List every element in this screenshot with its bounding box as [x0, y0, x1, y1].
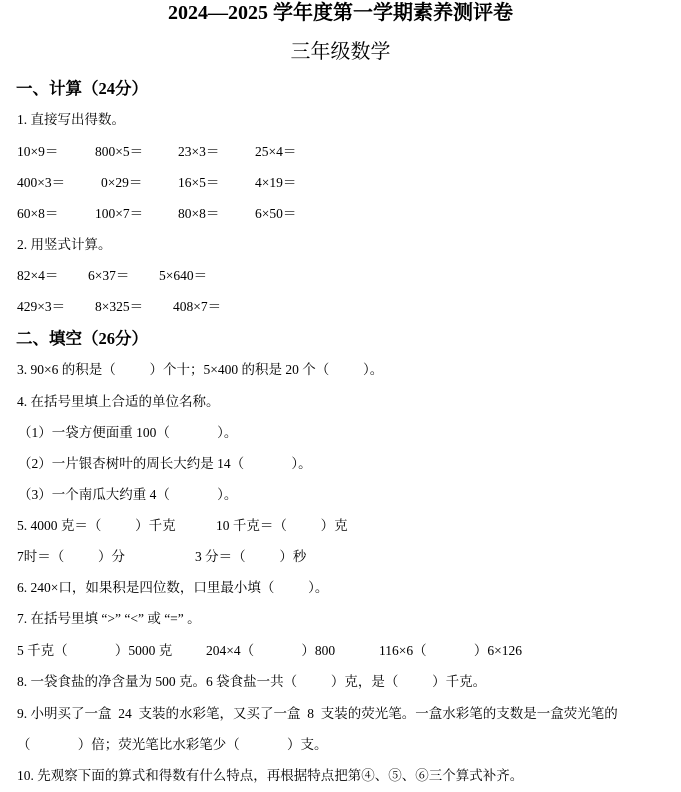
- question-4-item: （2）一片银杏树叶的周长大约是 14（ ）。: [18, 455, 312, 473]
- q1-item: 800×5＝: [95, 143, 143, 161]
- q2-item: 408×7＝: [173, 298, 221, 316]
- question-5-item: 7时＝（ ）分: [17, 548, 125, 566]
- question-5-item: 10 千克＝（ ）克: [216, 517, 348, 535]
- q1-item: 6×50＝: [255, 205, 296, 223]
- question-7-item: 204×4（ ）800: [206, 642, 335, 660]
- q1-item: 400×3＝: [17, 174, 65, 192]
- q2-item: 82×4＝: [17, 267, 58, 285]
- question-1-prompt: 1. 直接写出得数。: [17, 111, 125, 129]
- question-10: 10. 先观察下面的算式和得数有什么特点，再根据特点把第④、⑤、⑥三个算式补齐。: [17, 767, 523, 785]
- question-8: 8. 一袋食盐的净含量为 500 克。6 袋食盐一共（ ）克，是（ ）千克。: [17, 673, 486, 691]
- question-7-item: 116×6（ ）6×126: [379, 642, 522, 660]
- exam-subtitle: 三年级数学: [0, 38, 681, 66]
- question-9-line-2: （ ）倍；荧光笔比水彩笔少（ ）支。: [17, 736, 328, 754]
- question-5-item: 3 分＝（ ）秒: [195, 548, 306, 566]
- question-9-line-1: 9. 小明买了一盒 24 支装的水彩笔，又买了一盒 8 支装的荧光笔。一盒水彩笔…: [17, 705, 618, 723]
- q2-item: 6×37＝: [88, 267, 129, 285]
- q1-item: 100×7＝: [95, 205, 143, 223]
- question-4-item: （1）一袋方便面重 100（ ）。: [18, 424, 237, 442]
- q2-item: 8×325＝: [95, 298, 143, 316]
- question-4-item: （3）一个南瓜大约重 4（ ）。: [18, 486, 237, 504]
- q1-item: 80×8＝: [178, 205, 219, 223]
- question-2-prompt: 2. 用竖式计算。: [17, 236, 112, 254]
- q1-item: 0×29＝: [101, 174, 142, 192]
- question-7-item: 5 千克（ ）5000 克: [17, 642, 172, 660]
- section-1-heading: 一、计算（24分）: [16, 78, 148, 100]
- question-6: 6. 240×口，如果积是四位数，口里最小填（ ）。: [17, 579, 328, 597]
- q2-item: 429×3＝: [17, 298, 65, 316]
- q2-item: 5×640＝: [159, 267, 207, 285]
- section-2-heading: 二、填空（26分）: [16, 328, 148, 350]
- q1-item: 4×19＝: [255, 174, 296, 192]
- question-4-prompt: 4. 在括号里填上合适的单位名称。: [17, 393, 220, 411]
- q1-item: 60×8＝: [17, 205, 58, 223]
- question-5-item: 5. 4000 克＝（ ）千克: [17, 517, 176, 535]
- exam-title: 2024—2025 学年度第一学期素养测评卷: [0, 0, 681, 26]
- q1-item: 10×9＝: [17, 143, 58, 161]
- q1-item: 16×5＝: [178, 174, 219, 192]
- q1-item: 25×4＝: [255, 143, 296, 161]
- question-7-prompt: 7. 在括号里填 “>” “<” 或 “=” 。: [17, 610, 201, 628]
- q1-item: 23×3＝: [178, 143, 219, 161]
- question-3: 3. 90×6 的积是（ ）个十；5×400 的积是 20 个（ ）。: [17, 361, 383, 379]
